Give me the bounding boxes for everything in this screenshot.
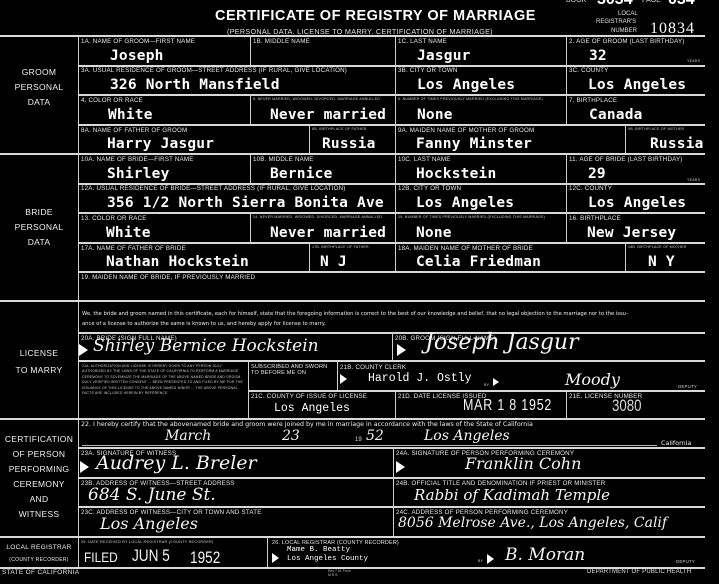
groom-father-birthplace: Russia <box>322 136 376 152</box>
county-clerk-label: 21b. COUNTY CLERK <box>340 364 406 371</box>
section-label-line: LICENSE <box>0 345 78 362</box>
sign-here-arrow-icon <box>396 461 405 473</box>
groom-birthplace: Canada <box>589 107 643 123</box>
section-label-line: DATA <box>0 235 78 250</box>
footer-department: DEPARTMENT OF PUBLIC HEALTH <box>587 569 691 575</box>
bride-times-married-label: 15. NUMBER OF TIMES PREVIOUSLY MARRIED (… <box>398 215 558 219</box>
section-rule-license-cert <box>0 418 705 420</box>
groom-mother: Fanny Minster <box>416 136 532 152</box>
sign-here-arrow-icon <box>397 344 406 356</box>
groom-age: 32 <box>589 48 607 64</box>
deputy-clerk-signature: Moody <box>565 370 620 389</box>
ceremony-day: 23 <box>282 428 300 444</box>
bride-first-name-label: 10a. NAME OF BRIDE—FIRST NAME <box>81 156 194 163</box>
groom-residence: 326 North Mansfield <box>110 77 280 93</box>
bride-signature: Shirley Bernice Hockstein <box>93 336 319 356</box>
date-issued-stamp: MAR 1 8 1952 <box>463 397 552 415</box>
groom-birthplace-label: 7. BIRTHPLACE <box>569 97 617 104</box>
section-label-line: (COUNTY RECORDER) <box>0 554 78 566</box>
section-label-line: DATA <box>0 95 78 110</box>
row-line <box>78 94 705 96</box>
col-divider <box>250 213 251 242</box>
groom-race: White <box>108 107 153 123</box>
col-divider <box>250 154 251 183</box>
section-label-line: PERFORMING <box>0 462 78 477</box>
bride-last-name-label: 10c. LAST NAME <box>398 156 451 163</box>
ceremony-month: March <box>165 428 211 444</box>
groom-times-married: None <box>417 107 453 123</box>
ceremony-year: 52 <box>366 428 384 444</box>
witness-signature: Audrey L. Breler <box>96 452 257 474</box>
groom-mother-birthplace: Russia <box>650 136 704 152</box>
sign-here-arrow-icon <box>493 378 499 386</box>
county-clerk-name: Harold J. Ostly <box>368 372 472 385</box>
row-line <box>78 271 705 273</box>
certification-section-label: CERTIFICATION OF PERSON PERFORMING CEREM… <box>0 432 78 522</box>
groom-last-name-label: 1c. LAST NAME <box>398 38 447 45</box>
row-line <box>78 124 705 126</box>
section-label-line: GROOM <box>0 65 78 80</box>
bride-times-married: None <box>416 225 452 241</box>
bride-city-label: 12b. CITY OR TOWN <box>398 185 461 192</box>
col-divider <box>267 537 268 567</box>
col-divider <box>566 36 567 124</box>
bride-birthplace: New Jersey <box>587 225 676 241</box>
col-divider <box>566 154 567 242</box>
bride-marital-label: 14. NEVER MARRIED, WIDOWED, DIVORCED, MA… <box>253 215 393 219</box>
year-prefix: 19 <box>355 437 362 443</box>
bride-residence-label: 12a. USUAL RESIDENCE OF BRIDE—STREET ADD… <box>81 185 346 192</box>
col-divider <box>393 448 394 536</box>
section-label-line: AND <box>0 492 78 507</box>
officiant-signature: Franklin Cohn <box>465 454 581 473</box>
license-statement-line1: We, the bride and groom named in this ce… <box>82 311 628 317</box>
bride-maiden-name-label: 19. MAIDEN NAME OF BRIDE, IF PREVIOUSLY … <box>81 274 255 281</box>
authorization-text: 21a. AUTHORIZATION AND LICENSE IS HEREBY… <box>82 364 244 396</box>
sign-here-arrow-icon <box>79 344 88 356</box>
filed-year: 1952 <box>190 548 220 568</box>
bride-section-label: BRIDE PERSONAL DATA <box>0 205 78 250</box>
groom-father-birthplace-label: 8b. BIRTHPLACE OF FATHER <box>312 127 367 131</box>
groom-city-label: 3b. CITY OR TOWN <box>398 67 458 74</box>
registrar-label-line1: LOCAL <box>618 11 638 17</box>
col-divider <box>625 242 626 271</box>
local-registrar-name: Mame B. Beatty <box>287 546 350 554</box>
certification-statement: 22. I hereby certify that the abovenamed… <box>81 421 533 428</box>
col-divider <box>250 36 251 65</box>
bride-father: Nathan Hockstein <box>106 254 249 270</box>
section-label-line: WITNESS <box>0 507 78 522</box>
section-rule-groom-bride <box>0 153 705 155</box>
section-label-line: CERTIFICATION <box>0 432 78 447</box>
ceremony-underline <box>82 445 657 446</box>
registrar-section-label: LOCAL REGISTRAR (COUNTY RECORDER) <box>0 542 78 566</box>
bride-first-name: Shirley <box>107 166 170 182</box>
row-line <box>248 390 705 392</box>
col-divider <box>392 332 393 361</box>
bride-last-name: Hockstein <box>416 166 496 182</box>
section-label-line: TO MARRY <box>0 362 78 379</box>
ceremony-place: Los Angeles <box>424 428 510 444</box>
page-label: PAGE <box>642 0 661 4</box>
registrar-deputy-signature: B. Moran <box>505 545 585 565</box>
ceremony-state: California <box>661 439 691 447</box>
groom-mother-birthplace-label: 9b. BIRTHPLACE OF MOTHER <box>628 127 684 131</box>
sign-here-arrow-icon <box>487 554 494 564</box>
groom-middle-name-label: 1b. MIDDLE NAME <box>253 38 310 45</box>
groom-father-label: 8a. NAME OF FATHER OF GROOM <box>81 127 187 134</box>
bride-middle-name-label: 10b. MIDDLE NAME <box>253 156 314 163</box>
groom-marital-label: 5. NEVER MARRIED, WIDOWED, DIVORCED, MAR… <box>253 97 393 101</box>
registrar-by-label: BY <box>478 559 483 563</box>
bride-mother: Celia Friedman <box>416 254 541 270</box>
certificate-title: CERTIFICATE OF REGISTRY OF MARRIAGE <box>215 8 536 24</box>
by-label: BY <box>484 383 489 387</box>
bride-age: 29 <box>588 166 606 182</box>
section-label-line: LOCAL REGISTRAR <box>0 542 78 554</box>
col-divider <box>395 36 396 124</box>
groom-age-label: 2. AGE OF GROOM (LAST BIRTHDAY) <box>569 38 685 45</box>
groom-first-name-label: 1a. NAME OF GROOM—FIRST NAME <box>81 38 195 45</box>
col-divider <box>395 124 396 153</box>
section-label-line: PERSONAL <box>0 80 78 95</box>
bride-father-birthplace-label: 17b. BIRTHPLACE OF FATHER <box>312 245 369 249</box>
registrar-label-line2: REGISTRAR'S <box>596 19 636 25</box>
row-line <box>78 477 705 479</box>
sign-here-arrow-icon <box>272 553 279 563</box>
section-label-line: PERSONAL <box>0 220 78 235</box>
bride-mother-birthplace: N Y <box>648 254 675 270</box>
row-line <box>78 447 705 449</box>
section-rule-bride-license <box>0 300 705 302</box>
bride-birthplace-label: 16. BIRTHPLACE <box>569 215 621 222</box>
groom-first-name: Joseph <box>110 48 164 64</box>
officiant-address: 8056 Melrose Ave., Los Angeles, Calif <box>398 515 667 531</box>
bride-race-label: 13. COLOR OR RACE <box>81 215 147 222</box>
bride-father-label: 17a. NAME OF FATHER OF BRIDE <box>81 245 186 252</box>
top-rule <box>0 35 705 37</box>
bride-father-birthplace: N J <box>320 254 347 270</box>
row-line <box>78 212 705 214</box>
col-divider <box>625 124 626 153</box>
bride-age-label: 11. AGE OF BRIDE (LAST BIRTHDAY) <box>569 156 683 163</box>
filed-date: JUN 5 <box>132 546 170 566</box>
groom-city: Los Angeles <box>417 77 515 93</box>
registrar-deputy-label: DEPUTY <box>676 559 695 564</box>
sign-here-arrow-icon <box>340 374 347 384</box>
footer-form-number: Rev 7-51 Form M.R.S. <box>328 569 358 577</box>
footer-state: STATE OF CALIFORNIA <box>2 569 79 576</box>
license-statement-line2: ance of a license to authorize the same … <box>82 321 326 327</box>
bride-middle-name: Bernice <box>270 166 333 182</box>
registrar-label-line3: NUMBER <box>611 28 637 34</box>
bride-years-label: YEARS <box>687 178 700 182</box>
bride-race: White <box>106 225 151 241</box>
row-line <box>78 506 705 508</box>
col-divider <box>248 361 249 418</box>
deputy-label: DEPUTY <box>678 384 697 389</box>
section-label-line: BRIDE <box>0 205 78 220</box>
col-divider <box>309 124 310 153</box>
groom-times-married-label: 6. NUMBER OF TIMES PREVIOUSLY MARRIED (E… <box>398 97 558 101</box>
officiant-title: Rabbi of Kadimah Temple <box>414 486 610 504</box>
groom-section-label: GROOM PERSONAL DATA <box>0 65 78 110</box>
section-label-line: CEREMONY <box>0 477 78 492</box>
county-of-issue-label: 21c. COUNTY OF ISSUE OF LICENSE <box>251 393 367 400</box>
bride-marital: Never married <box>270 225 386 241</box>
sign-here-arrow-icon <box>80 461 89 473</box>
section-label-line: OF PERSON <box>0 447 78 462</box>
county-of-issue: Los Angeles <box>274 402 350 415</box>
page-number: 034 <box>668 0 695 9</box>
groom-years-label: YEARS <box>687 59 700 63</box>
groom-father: Harry Jasgur <box>107 136 214 152</box>
book-number: 3034 <box>597 0 633 9</box>
col-divider <box>337 361 338 390</box>
local-registrar-county: Los Angeles County <box>287 555 368 563</box>
groom-race-label: 4. COLOR OR RACE <box>81 97 143 104</box>
bride-city: Los Angeles <box>416 195 514 211</box>
col-divider <box>250 95 251 124</box>
filed-stamp: FILED <box>84 549 118 565</box>
col-divider <box>395 391 396 418</box>
groom-last-name: Jasgur <box>417 48 471 64</box>
book-label: BOOK <box>566 0 586 4</box>
bride-mother-label: 18a. MAIDEN NAME OF MOTHER OF BRIDE <box>398 245 533 252</box>
witness-street: 684 S. June St. <box>88 485 216 505</box>
date-received-label: 25. DATE RECEIVED BY LOCAL REGISTRAR (CO… <box>81 540 213 544</box>
witness-city: Los Angeles <box>100 514 198 533</box>
bride-residence: 356 1/2 North Sierra Bonita Ave <box>107 195 384 211</box>
col-divider <box>566 391 567 418</box>
groom-county: Los Angeles <box>588 77 686 93</box>
bride-county: Los Angeles <box>588 195 686 211</box>
bride-mother-birthplace-label: 18b. BIRTHPLACE OF MOTHER <box>628 245 686 249</box>
license-number: 3080 <box>612 396 642 416</box>
groom-mother-label: 9a. MAIDEN NAME OF MOTHER OF GROOM <box>398 127 534 134</box>
groom-county-label: 3c. COUNTY <box>569 67 608 74</box>
col-divider <box>309 242 310 271</box>
bride-county-label: 12c. COUNTY <box>569 185 612 192</box>
col-divider <box>395 154 396 271</box>
section-rule-cert-registrar <box>0 536 705 538</box>
groom-signature: Joseph Jasgur <box>425 330 579 355</box>
license-section-label: LICENSE TO MARRY <box>0 345 78 379</box>
groom-residence-label: 3a. USUAL RESIDENCE OF GROOM—STREET ADDR… <box>81 67 347 74</box>
row-line <box>78 242 705 244</box>
subscribed-label: SUBSCRIBED AND SWORN TO BEFORE ME ON <box>251 364 335 376</box>
groom-marital: Never married <box>270 107 386 123</box>
